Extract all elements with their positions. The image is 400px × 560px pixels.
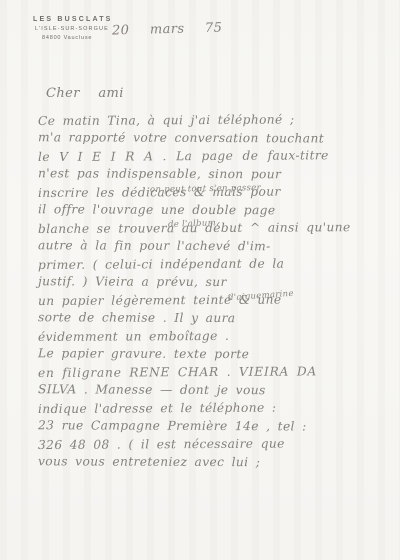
letter-date: 20 mars 75 xyxy=(112,21,223,39)
letter-salutation: Cher ami xyxy=(46,86,124,101)
letter-line: SILVA . Manesse — dont je vous xyxy=(38,380,383,400)
letter-line: il offre l'ouvrage une double page xyxy=(38,200,383,220)
letter-line: sorte de chemise . Il y aura xyxy=(38,308,383,328)
letter-line: en filigrane RENE CHAR . VIEIRA DA xyxy=(38,362,383,382)
letter-line: vous vous entreteniez avec lui ; xyxy=(38,452,383,472)
letterhead-address1: L'ISLE-SUR-SORGUE xyxy=(33,26,113,33)
letter-line: n'est pas indispensable, sinon pour xyxy=(38,164,383,184)
letter-body: Ce matin Tina, à qui j'ai téléphoné ; m'… xyxy=(38,111,383,471)
letter-line: un papier légèrement teinté & une xyxy=(38,290,383,310)
letter-line: indique l'adresse et le téléphone : xyxy=(38,398,383,418)
letter-line: primer. ( celui-ci indépendant de la xyxy=(38,254,383,274)
letter-sheet: LES BUSCLATS L'ISLE-SUR-SORGUE 84800 Vau… xyxy=(0,0,400,560)
letterhead-name: LES BUSCLATS xyxy=(33,15,113,24)
letter-line: autre à la fin pour l'achevé d'im- xyxy=(38,236,383,256)
letter-line: Le papier gravure. texte porte xyxy=(38,344,383,364)
letterhead-address2: 84800 Vaucluse xyxy=(33,35,113,42)
letter-line: le V I E I R A . La page de faux-titre xyxy=(38,146,383,166)
letter-line: m'a rapporté votre conversation touchant xyxy=(38,128,383,148)
letter-line: évidemment un emboîtage . xyxy=(38,326,383,346)
letter-line: 326 48 08 . ( il est nécessaire que xyxy=(38,434,383,454)
interline-insertion: de l'album, xyxy=(168,218,219,230)
letter-line: 23 rue Campagne Première 14e , tel : xyxy=(38,416,383,436)
letter-line: Ce matin Tina, à qui j'ai téléphoné ; xyxy=(38,110,383,130)
letter-line: justif. ) Vieira a prévu, sur xyxy=(38,272,383,292)
letterhead: LES BUSCLATS L'ISLE-SUR-SORGUE 84800 Vau… xyxy=(33,15,113,42)
interline-insertion: on peut tout s'en passer. xyxy=(150,183,263,195)
